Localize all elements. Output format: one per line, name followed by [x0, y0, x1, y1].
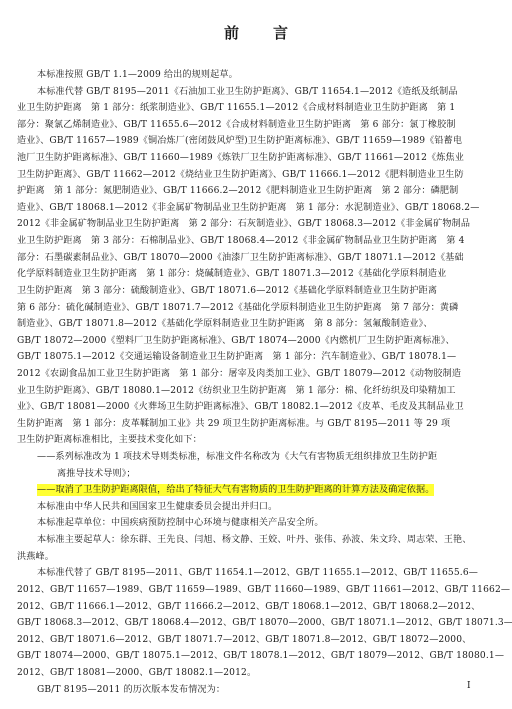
line-text: 本标准起草单位：中国疾病预防控制中心环境与健康相关产品安全所。 — [37, 518, 324, 528]
text-line: 化学原料制造业卫生防护距离 第 1 部分：烧碱制造业》、GB/T 18071.3… — [17, 266, 483, 283]
preface-body: 本标准按照 GB/T 1.1—2009 给出的规则起草。本标准代替 GB/T 8… — [17, 67, 483, 698]
line-text: 生防护距离 第 1 部分：皮革鞣制加工业》共 29 项卫生防护距离标准。与 GB… — [17, 419, 450, 429]
text-line: 2012《农副食品加工业卫生防护距离 第 1 部分：屠宰及肉类加工业》、GB/T… — [17, 366, 483, 383]
text-line: GB/T 18074—2000、GB/T 18075.1—2012、GB/T 1… — [17, 648, 483, 665]
line-text: 本标准按照 GB/T 1.1—2009 给出的规则起草。 — [37, 70, 238, 80]
page-title-char-1: 前 — [224, 22, 239, 43]
line-text: 2012《农副食品加工业卫生防护距离 第 1 部分：屠宰及肉类加工业》、GB/T… — [17, 369, 461, 379]
text-line: 业》、GB/T 18081—2000《火葬场卫生防护距离标准》、GB/T 180… — [17, 399, 483, 416]
text-line: 卫生防护距离》、GB/T 11662—2012《烧结业卫生防护距离》、GB/T … — [17, 167, 483, 184]
line-text: 部分：石墨碳素制品业》、GB/T 18070—2000《油漆厂卫生防护距离标准》… — [17, 253, 464, 263]
line-text: 2012、GB/T 18071.6—2012、GB/T 18071.7—2012… — [17, 635, 471, 645]
text-line: 本标准主要起草人：徐东群、王先良、闫旭、杨文静、王姣、叶丹、张伟、孙波、朱文玲、… — [17, 532, 483, 549]
text-line: 离推导技术导则》； — [17, 466, 483, 483]
text-line: 2012、GB/T 18071.6—2012、GB/T 18071.7—2012… — [17, 632, 483, 649]
text-line: 造业》、GB/T 18068.1—2012《非金属矿物制品业卫生防护距离 第 1… — [17, 200, 483, 217]
line-text: 制造业》、GB/T 18071.8—2012《基础化学原料制造业卫生防护距离 第… — [17, 319, 433, 329]
line-text: 卫生防护距离 第 3 部分：硫酸制造业》、GB/T 18071.6—2012《基… — [17, 286, 437, 296]
line-text: 洪燕峰。 — [17, 552, 54, 562]
line-text: 业卫生防护距离 第 3 部分：石棉制品业》、GB/T 18068.4—2012《… — [17, 236, 465, 246]
text-line: GB/T 18068.3—2012、GB/T 18068.4—2012、GB/T… — [17, 615, 483, 632]
line-text: 业卫生防护距离》、GB/T 18080.1—2012《纺织业卫生防护距离 第 1… — [17, 386, 456, 396]
line-text: 本标准代替 GB/T 8195—2011《石油加工业卫生防护距离》、GB/T 1… — [37, 87, 458, 97]
highlighted-line: ——取消了卫生防护距离限值，给出了特征大气有害物质的卫生防护距离的计算方法及确定… — [17, 482, 483, 499]
page-title: 前言 — [0, 22, 512, 43]
line-text: GB/T 18075.1—2012《交通运输设备制造业卫生防护距离 第 1 部分… — [17, 352, 456, 362]
text-line: 业卫生防护距离》、GB/T 18080.1—2012《纺织业卫生防护距离 第 1… — [17, 383, 483, 400]
line-text: 本标准由中华人民共和国国家卫生健康委员会提出并归口。 — [37, 502, 277, 512]
line-text: 业》、GB/T 18081—2000《火葬场卫生防护距离标准》、GB/T 180… — [17, 402, 464, 412]
line-text: 部分：聚氯乙烯制造业》、GB/T 11655.6—2012《合成材料制造业卫生防… — [17, 120, 456, 130]
line-text: 2012、GB/T 11657—1989、GB/T 11659—1989、GB/… — [17, 585, 510, 595]
text-line: 生防护距离 第 1 部分：皮革鞣制加工业》共 29 项卫生防护距离标准。与 GB… — [17, 416, 483, 433]
line-text: GB/T 18072—2000《塑料厂卫生防护距离标准》、GB/T 18074—… — [17, 336, 455, 346]
text-line: 卫生防护距离标准相比，主要技术变化如下： — [17, 432, 483, 449]
line-text: 卫生防护距离标准相比，主要技术变化如下： — [17, 435, 202, 445]
text-line: 2012、GB/T 18081—2000、GB/T 18082.1—2012。 — [17, 665, 483, 682]
text-line: 造业》、GB/T 11657—1989《铜冶炼厂(密闭鼓风炉型)卫生防护距离标准… — [17, 133, 483, 150]
text-line: 业卫生防护距离 第 1 部分：纸浆制造业》、GB/T 11655.1—2012《… — [17, 100, 483, 117]
line-text: 业卫生防护距离 第 1 部分：纸浆制造业》、GB/T 11655.1—2012《… — [17, 103, 455, 113]
text-line: GB/T 18075.1—2012《交通运输设备制造业卫生防护距离 第 1 部分… — [17, 349, 483, 366]
line-text: 池厂卫生防护距离标准》、GB/T 11660—1989《炼铁厂卫生防护距离标准》… — [17, 153, 464, 163]
line-text: 化学原料制造业卫生防护距离 第 1 部分：烧碱制造业》、GB/T 18071.3… — [17, 269, 446, 279]
page-number: I — [467, 681, 471, 691]
text-line: GB/T 18072—2000《塑料厂卫生防护距离标准》、GB/T 18074—… — [17, 333, 483, 350]
text-line: 2012《非金属矿物制品业卫生防护距离 第 2 部分：石灰制造业》、GB/T 1… — [17, 216, 483, 233]
text-line: 本标准代替了 GB/T 8195—2011、GB/T 11654.1—2012、… — [17, 565, 483, 582]
text-line: 制造业》、GB/T 18071.8—2012《基础化学原料制造业卫生防护距离 第… — [17, 316, 483, 333]
text-line: 本标准起草单位：中国疾病预防控制中心环境与健康相关产品安全所。 — [17, 515, 483, 532]
text-line: 部分：石墨碳素制品业》、GB/T 18070—2000《油漆厂卫生防护距离标准》… — [17, 250, 483, 267]
line-text: 离推导技术导则》； — [57, 469, 136, 479]
text-line: 2012、GB/T 11666.1—2012、GB/T 11666.2—2012… — [17, 599, 483, 616]
line-text: 本标准主要起草人：徐东群、王先良、闫旭、杨文静、王姣、叶丹、张伟、孙波、朱文玲、… — [37, 535, 471, 545]
line-text: GB/T 18068.3—2012、GB/T 18068.4—2012、GB/T… — [17, 618, 512, 628]
line-text: 2012《非金属矿物制品业卫生防护距离 第 2 部分：石灰制造业》、GB/T 1… — [17, 219, 470, 229]
document-page: 前言 本标准按照 GB/T 1.1—2009 给出的规则起草。本标准代替 GB/… — [0, 0, 512, 709]
text-line: 护距离 第 1 部分：氮肥制造业》、GB/T 11666.2—2012《肥料制造… — [17, 183, 483, 200]
text-line: 本标准由中华人民共和国国家卫生健康委员会提出并归口。 — [17, 499, 483, 516]
text-line: 本标准代替 GB/T 8195—2011《石油加工业卫生防护距离》、GB/T 1… — [17, 84, 483, 101]
line-text: GB/T 18074—2000、GB/T 18075.1—2012、GB/T 1… — [17, 651, 504, 661]
highlighted-text: ——取消了卫生防护距离限值，给出了特征大气有害物质的卫生防护距离的计算方法及确定… — [37, 484, 434, 496]
text-line: 业卫生防护距离 第 3 部分：石棉制品业》、GB/T 18068.4—2012《… — [17, 233, 483, 250]
line-text: ——系列标准改为 1 项技术导则类标准，标准文件名称改为《大气有害物质无组织排放… — [37, 452, 437, 462]
text-line: 部分：聚氯乙烯制造业》、GB/T 11655.6—2012《合成材料制造业卫生防… — [17, 117, 483, 134]
text-line: 卫生防护距离 第 3 部分：硫酸制造业》、GB/T 18071.6—2012《基… — [17, 283, 483, 300]
text-line: 2012、GB/T 11657—1989、GB/T 11659—1989、GB/… — [17, 582, 483, 599]
text-line: 池厂卫生防护距离标准》、GB/T 11660—1989《炼铁厂卫生防护距离标准》… — [17, 150, 483, 167]
text-line: ——系列标准改为 1 项技术导则类标准，标准文件名称改为《大气有害物质无组织排放… — [17, 449, 483, 466]
text-line: 洪燕峰。 — [17, 549, 483, 566]
line-text: 第 6 部分：硫化碱制造业》、GB/T 18071.7—2012《基础化学原料制… — [17, 303, 458, 313]
text-line: GB/T 8195—2011 的历次版本发布情况为： — [17, 682, 483, 699]
line-text: 本标准代替了 GB/T 8195—2011、GB/T 11654.1—2012、… — [37, 568, 478, 578]
text-line: 第 6 部分：硫化碱制造业》、GB/T 18071.7—2012《基础化学原料制… — [17, 300, 483, 317]
page-title-char-2: 言 — [273, 22, 288, 43]
line-text: 护距离 第 1 部分：氮肥制造业》、GB/T 11666.2—2012《肥料制造… — [17, 186, 458, 196]
line-text: GB/T 8195—2011 的历次版本发布情况为： — [37, 685, 225, 695]
line-text: 卫生防护距离》、GB/T 11662—2012《烧结业卫生防护距离》、GB/T … — [17, 170, 464, 180]
line-text: 造业》、GB/T 18068.1—2012《非金属矿物制品业卫生防护距离 第 1… — [17, 203, 479, 213]
line-text: 造业》、GB/T 11657—1989《铜冶炼厂(密闭鼓风炉型)卫生防护距离标准… — [17, 136, 462, 146]
line-text: 2012、GB/T 11666.1—2012、GB/T 11666.2—2012… — [17, 602, 480, 612]
text-line: 本标准按照 GB/T 1.1—2009 给出的规则起草。 — [17, 67, 483, 84]
line-text: 2012、GB/T 18081—2000、GB/T 18082.1—2012。 — [17, 668, 256, 678]
